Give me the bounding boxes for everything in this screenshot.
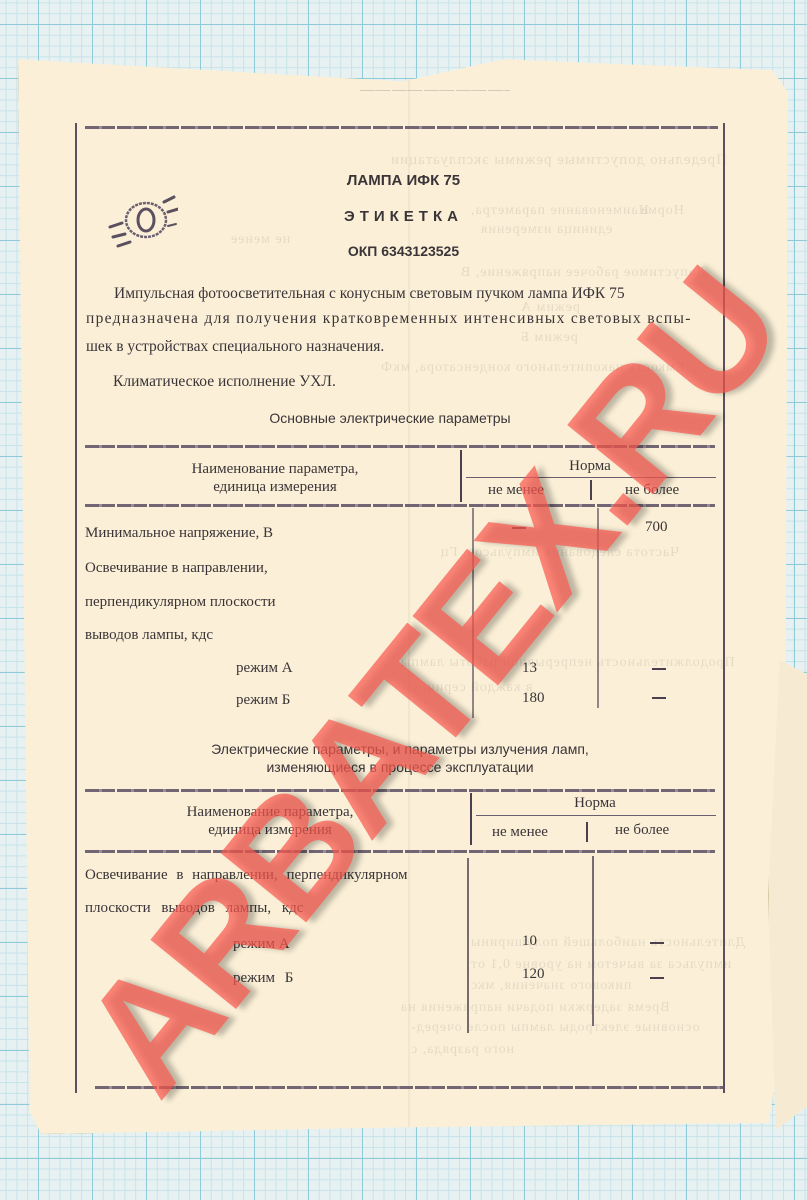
table2-header-param: Наименование параметра, единица измерени… (110, 803, 430, 839)
table2-row-max (650, 977, 664, 979)
table1-title: Основные электрические параметры (0, 410, 780, 426)
document-title: ЛАМПА ИФК 75 (0, 172, 807, 189)
table1-header-max: не более (625, 482, 679, 499)
table1-row-label: перпендикулярном плоскости (85, 594, 276, 611)
table1-header-param: Наименование параметра, единица измерени… (110, 460, 440, 496)
description-line: предназначена для получения кратковремен… (86, 306, 706, 331)
table1-row-min (512, 527, 526, 529)
table2-row-min: 120 (522, 966, 545, 983)
table2-row-min: 10 (522, 933, 537, 950)
table2-col-divider (592, 856, 594, 1026)
frame-bottom-rule (95, 1086, 723, 1089)
table2-header-divider (470, 793, 472, 845)
table2-row-label: плоскости выводов лампы, кдс (85, 900, 303, 917)
table1-row-label: выводов лампы, кдс (85, 627, 213, 644)
table2-header-norm: Норма (475, 795, 715, 812)
table2-min-max-divider (586, 822, 588, 842)
description-line: шек в устройствах специального назначени… (86, 334, 706, 359)
table2-title: Электрические параметры, и параметры изл… (0, 740, 800, 776)
table2-row-label: Освечивание в направлении, перпендикуляр… (85, 867, 408, 884)
table1-header-min: не менее (488, 482, 544, 499)
table1-header-rule (85, 504, 715, 507)
table2-header-min: не менее (492, 824, 548, 841)
table2-header-rule (85, 850, 715, 853)
table1-col-divider (472, 508, 474, 718)
table1-col-divider (597, 508, 599, 708)
table2-header-max: не более (615, 822, 669, 839)
document-subtitle: ЭТИКЕТКА (0, 208, 807, 225)
table2-top-rule (85, 789, 715, 792)
description-line: Импульсная фотоосветительная с конусным … (86, 281, 706, 306)
table1-header-divider (460, 450, 462, 502)
table1-top-rule (85, 445, 715, 448)
table1-row-label: режим Б (236, 692, 290, 709)
table1-row-min: 180 (522, 690, 545, 707)
table1-row-label: Освечивание в направлении, (85, 560, 268, 577)
table1-row-max: 700 (645, 519, 668, 536)
table2-row-label: режим Б (233, 970, 293, 987)
table1-norm-rule (466, 477, 716, 478)
table1-row-max (652, 697, 666, 699)
table1-row-max (652, 668, 666, 670)
table2-row-label: режим А (233, 936, 290, 953)
table2-norm-rule (476, 815, 716, 816)
table1-row-label: режим А (236, 660, 293, 677)
table2-col-divider (467, 858, 469, 1033)
table1-row-label: Минимальное напряжение, В (85, 525, 273, 542)
print-mark (360, 90, 510, 91)
okp-code: ОКП 6343123525 (0, 243, 807, 259)
climate-text: Климатическое исполнение УХЛ. (113, 369, 733, 394)
frame-top-rule (85, 126, 718, 129)
table1-row-min: 13 (522, 660, 537, 677)
table1-min-max-divider (590, 480, 592, 500)
table2-row-max (650, 942, 664, 944)
table1-header-norm: Норма (465, 458, 715, 475)
